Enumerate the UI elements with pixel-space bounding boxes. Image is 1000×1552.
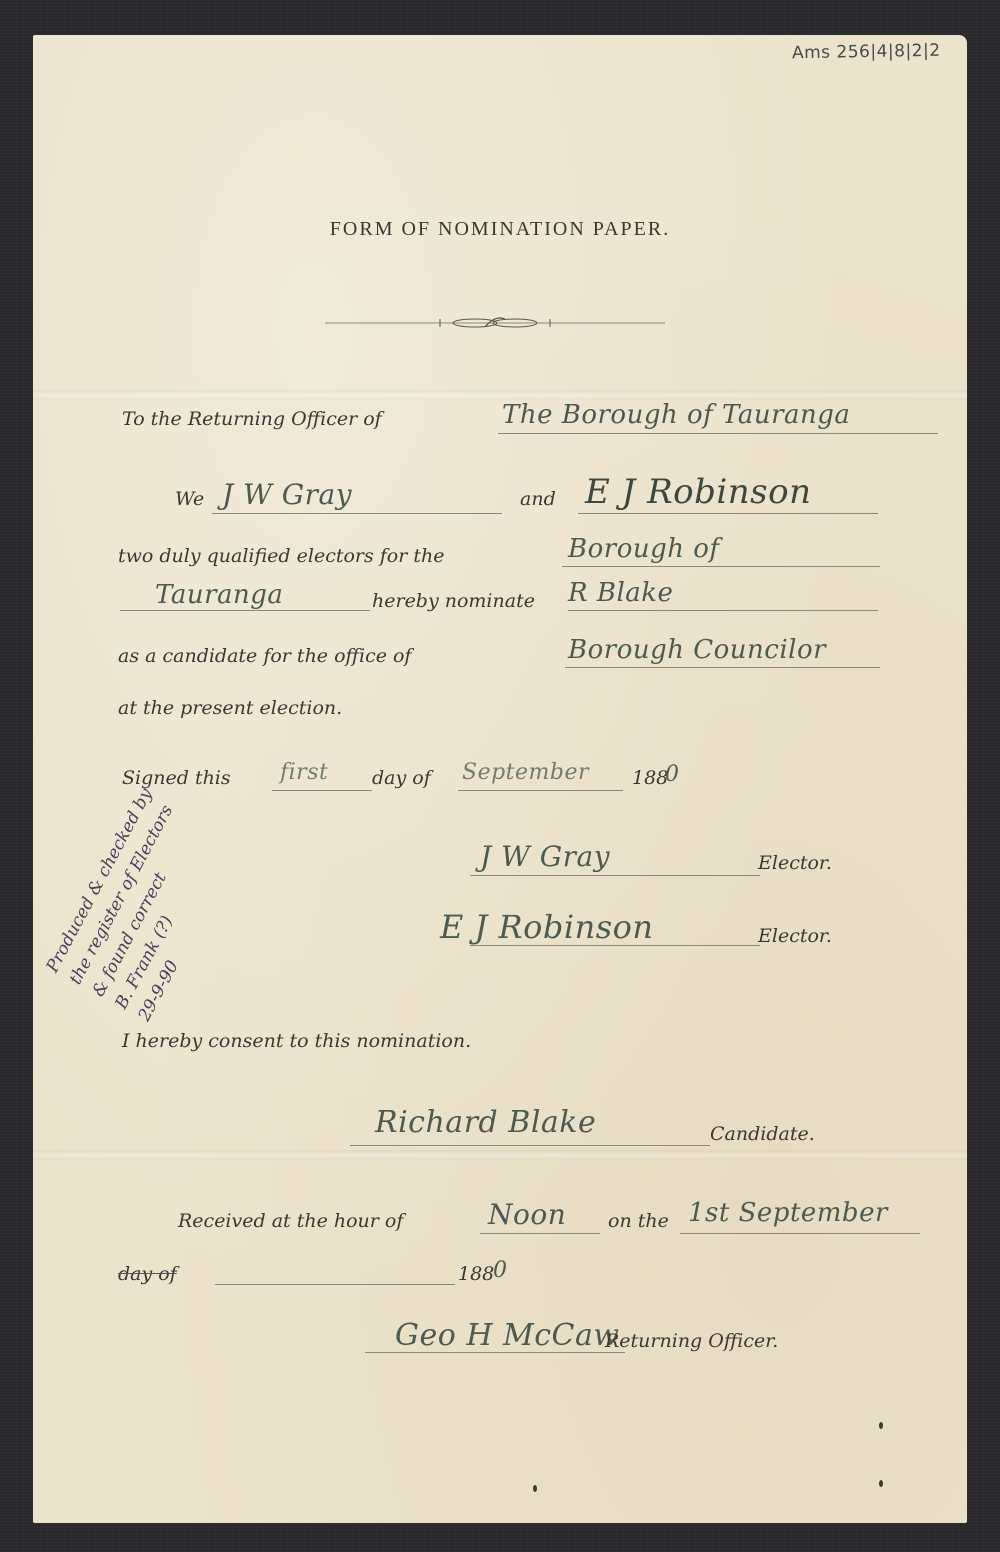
divider-ornament-icon — [325, 313, 665, 333]
received-label: Received at the hour of — [178, 1210, 403, 1232]
office-field[interactable] — [565, 667, 880, 668]
and-label: and — [520, 488, 556, 510]
consent-statement: I hereby consent to this nomination. — [122, 1030, 471, 1052]
nominee-field[interactable] — [568, 610, 878, 611]
candidate-signature-field[interactable] — [350, 1145, 710, 1146]
office-value: Borough Councilor — [568, 635, 826, 665]
candidate-label: as a candidate for the office of — [118, 645, 411, 667]
paper-blemish — [879, 1480, 883, 1487]
hour-field[interactable] — [480, 1233, 600, 1234]
officer-signature: Geo H McCaw — [395, 1318, 620, 1353]
paper-blemish — [533, 1485, 537, 1492]
receipt-year-digit: 0 — [493, 1258, 508, 1283]
addressee-value: The Borough of Tauranga — [502, 400, 850, 430]
receipt-day-of-label: day of — [118, 1263, 177, 1285]
nominee-value: R Blake — [568, 578, 673, 608]
receipt-year-printed: 188 — [458, 1263, 494, 1285]
on-the-label: on the — [608, 1210, 669, 1232]
date-value: 1st September — [688, 1198, 888, 1228]
paper-blemish — [879, 1422, 883, 1429]
district-field-2[interactable] — [120, 610, 370, 611]
elector2-value: E J Robinson — [585, 472, 812, 512]
elector2-field[interactable] — [578, 513, 878, 514]
signed-month-value: September — [462, 760, 589, 785]
form-title: FORM OF NOMINATION PAPER. — [0, 218, 1000, 241]
nominate-label: hereby nominate — [372, 590, 535, 612]
archive-reference: Ams 256|4|8|2|2 — [792, 41, 941, 64]
elector-sig1-field[interactable] — [470, 875, 760, 876]
addressee-label: To the Returning Officer of — [122, 408, 382, 430]
we-label: We — [175, 488, 204, 510]
candidate-signature: Richard Blake — [375, 1105, 596, 1140]
district-value-1: Borough of — [568, 534, 720, 564]
signed-year-printed: 188 — [632, 767, 668, 789]
day-of-label: day of — [372, 767, 431, 789]
elector1-value: J W Gray — [222, 478, 352, 511]
signed-year-digit: 0 — [665, 762, 680, 787]
date-field[interactable] — [680, 1233, 920, 1234]
officer-suffix: Returning Officer. — [605, 1330, 778, 1352]
signed-day-value: first — [280, 760, 328, 785]
candidate-suffix: Candidate. — [710, 1123, 815, 1145]
elector-suffix-2: Elector. — [758, 925, 832, 947]
elector-suffix-1: Elector. — [758, 852, 832, 874]
election-label: at the present election. — [118, 697, 342, 719]
hour-value: Noon — [488, 1198, 566, 1231]
fold-crease-lower — [33, 1150, 967, 1160]
qualified-label: two duly qualified electors for the — [118, 545, 445, 567]
signed-day-field[interactable] — [272, 790, 372, 791]
signed-month-field[interactable] — [458, 790, 623, 791]
elector-sig2-value: E J Robinson — [440, 908, 654, 946]
fold-crease-upper — [33, 390, 967, 400]
elector1-field[interactable] — [212, 513, 502, 514]
addressee-field[interactable] — [498, 433, 938, 434]
receipt-day-field[interactable] — [215, 1284, 455, 1285]
elector-sig1-value: J W Gray — [480, 840, 610, 873]
district-field-1[interactable] — [562, 566, 880, 567]
district-value-2: Tauranga — [155, 580, 283, 610]
